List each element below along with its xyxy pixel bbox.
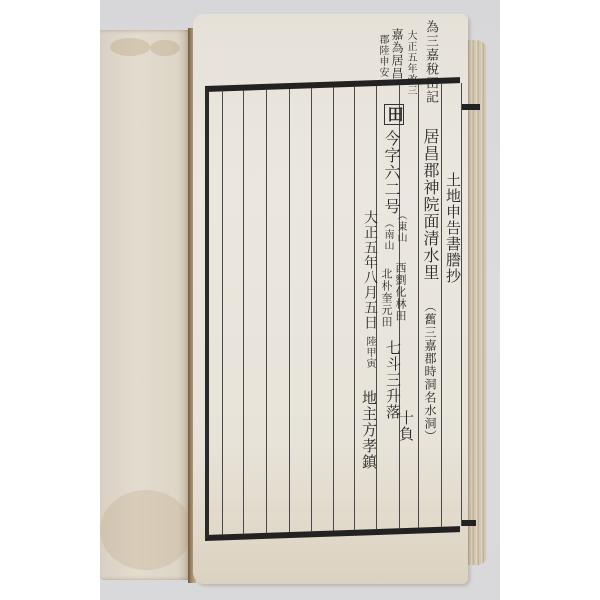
water-stain [150, 40, 180, 56]
header-note-1: 為三嘉稅田記 [424, 20, 437, 104]
frame-tab-mark [462, 104, 480, 110]
entry-plot-note-a: （東山 [395, 210, 405, 243]
entry-location-note: （舊三嘉郡時洞名水洞） [424, 300, 436, 443]
column-rule [243, 91, 244, 534]
column-rule [354, 87, 355, 530]
column-rule [333, 87, 334, 530]
header-note-2: 大正五年改三 [405, 30, 415, 96]
entry-boundaries-a: 西劉化林田 [395, 262, 406, 322]
left-page [100, 30, 192, 580]
column-rule [418, 85, 419, 528]
entry-date: 大正五年八月五日 [363, 210, 377, 330]
entry-area: 七斗三升落 [385, 340, 400, 420]
header-note-3: 嘉為居昌 [391, 28, 403, 80]
column-rule [461, 83, 462, 526]
water-stain [110, 38, 150, 56]
entry-owner: 地主方孝鎮 [361, 390, 376, 470]
entry-heading: 土地申告書謄抄 [445, 172, 460, 284]
entry-category: 田 [384, 104, 404, 125]
column-rule [311, 88, 312, 531]
column-rule [289, 89, 290, 532]
entry-reporter: 陸甲寅 [364, 336, 374, 369]
entry-location: 居昌郡神院面清水里 [422, 128, 438, 281]
frame-tab-mark [462, 520, 476, 526]
column-rule [441, 84, 442, 527]
entry-plot-number: 今字六二号 [383, 130, 399, 215]
header-note-4: 郡陸申安 [377, 34, 387, 78]
entry-boundaries-b: 北朴奎元田 [381, 268, 392, 328]
column-rule [222, 91, 223, 534]
entry-plot-note-b: （南山 [382, 218, 392, 251]
water-stain [100, 490, 192, 570]
column-rule [266, 90, 267, 533]
